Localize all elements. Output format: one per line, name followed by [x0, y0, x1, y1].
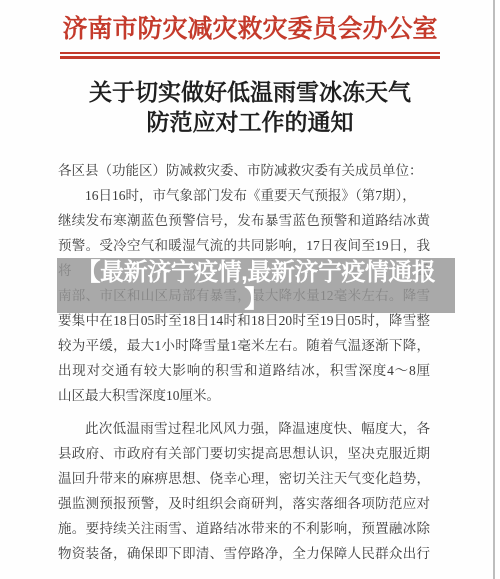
body-line: 预警。受冷空气和暖湿气流的共同影响，17日夜间至19日，我市: [58, 233, 430, 258]
body-line: 强监测预报预警，及时组织会商研判，落实落细各项防范应对措: [58, 491, 430, 516]
salutation-line: 各区县（功能区）防减救灾委、市防减救灾委有关成员单位：: [58, 158, 430, 183]
scanned-notice-page: 济南市防灾减灾救灾委员会办公室 关于切实做好低温雨雪冰冻天气 防范应对工作的通知…: [0, 0, 500, 579]
document-body: 各区县（功能区）防减救灾委、市防减救灾委有关成员单位： 16日16时，市气象部门…: [58, 158, 430, 566]
watermark-overlay: 【最新济宁疫情,最新济宁疫情通报 】: [57, 258, 455, 313]
body-line: 此次低温雨雪过程北风风力强，降温速度快、幅度大，各区: [58, 416, 430, 441]
body-line: 继续发布寒潮蓝色预警信号，发布暴雪蓝色预警和道路结冰黄色: [58, 208, 430, 233]
scan-edge-line: [493, 0, 495, 579]
body-line: 16日16时，市气象部门发布《重要天气预报》（第7期），: [58, 183, 430, 208]
body-line: 县政府、市政府有关部门要切实提高思想认识，坚决克服近期气: [58, 441, 430, 466]
body-line: 出现对交通有较大影响的积雪和道路结冰，积雪深度4～8厘米，: [58, 358, 430, 383]
body-line: 较为平缓，最大1小时降雪量1毫米左右。随着气温逐渐下降，将: [58, 333, 430, 358]
document-title-line1: 关于切实做好低温雨雪冰冻天气: [0, 78, 500, 108]
body-line: 施。要持续关注雨雪、道路结冰带来的不利影响，预置融冰除雪: [58, 516, 430, 541]
body-line: 山区最大积雪深度10厘米。: [58, 383, 430, 408]
body-line: 温回升带来的麻痹思想、侥幸心理，密切关注天气变化趋势，加: [58, 466, 430, 491]
watermark-text-line2: 】: [57, 286, 455, 313]
letterhead-org-name: 济南市防灾减灾救灾委员会办公室: [0, 13, 500, 47]
letterhead-double-rule: [60, 52, 440, 59]
watermark-text-line1: 【最新济宁疫情,最新济宁疫情通报: [57, 259, 455, 286]
document-title: 关于切实做好低温雨雪冰冻天气 防范应对工作的通知: [0, 78, 500, 138]
document-title-line2: 防范应对工作的通知: [0, 108, 500, 138]
body-line: 物资装备，确保即下即清、雪停路净，全力保障人民群众出行安: [58, 541, 430, 566]
